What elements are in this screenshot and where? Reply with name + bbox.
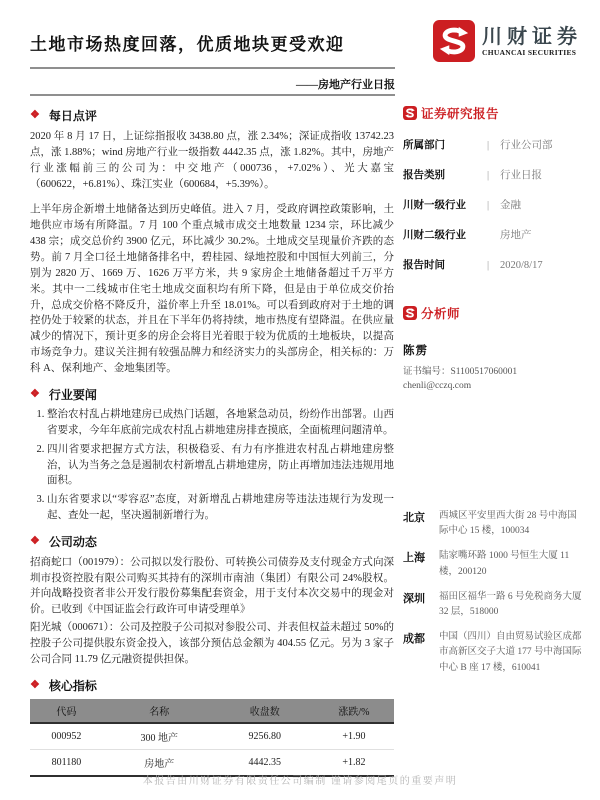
table-header-row: 代码 名称 收盘数 涨跌/% (30, 699, 394, 723)
meta-row-industry-l1: 川财一级行业 | 金融 (403, 197, 585, 212)
office-city-label: 深圳 (403, 590, 439, 620)
header: 土地市场热度回落，优质地块更受欢迎 川财证券 CHUANCAI SECURITI… (30, 20, 582, 62)
industry-news-list: 整治农村乱占耕地建房已成热门话题，各地紧急动员，纷纷作出部署。山西省要求，今年年… (30, 407, 394, 523)
column-header: 收盘数 (216, 699, 314, 723)
cell-code: 000952 (30, 723, 103, 750)
daily-paragraph: 2020 年 8 月 17 日，上证综指报收 3438.80 点，涨 2.34%… (30, 129, 394, 193)
page-title: 土地市场热度回落，优质地块更受欢迎 (30, 20, 345, 55)
cell-name: 300 地产 (103, 723, 216, 750)
column-header: 代码 (30, 699, 103, 723)
section-company-news: ❖ 公司动态 (30, 533, 394, 550)
office-address: 中国（四川）自由贸易试验区成都市高新区交子大道 177 号中海国际中心 B 座 … (439, 630, 585, 676)
diamond-icon: ❖ (30, 110, 40, 121)
column-header: 名称 (103, 699, 216, 723)
meta-label: 所属部门 (403, 137, 487, 152)
column-header: 涨跌/% (314, 699, 394, 723)
meta-label: 报告时间 (403, 257, 487, 272)
section-core-indicators: ❖ 核心指标 (30, 677, 394, 694)
meta-value: 房地产 (500, 227, 532, 242)
office-address: 福田区福华一路 6 号免税商务大厦 32 层，518000 (439, 590, 585, 620)
analyst-cert-number: 证书编号：S1100517060001 (403, 363, 585, 377)
office-beijing: 北京 西城区平安里西大街 28 号中海国际中心 15 楼，100034 (403, 509, 585, 539)
footer-disclaimer: 本报告由川财证券有限责任公司编制 谨请参阅尾页的重要声明 (0, 772, 600, 787)
office-address: 西城区平安里西大街 28 号中海国际中心 15 楼，100034 (439, 509, 585, 539)
meta-value: 2020/8/17 (500, 260, 543, 271)
section-title: 核心指标 (49, 677, 97, 694)
chuancai-mini-logo-icon (403, 106, 417, 120)
cell-change: +1.90 (314, 723, 394, 750)
chuancai-mini-logo-icon (403, 306, 417, 320)
section-title: 行业要闻 (49, 386, 97, 403)
brand-name-cn: 川财证券 (482, 26, 582, 48)
analyst-heading: 分析师 (403, 304, 585, 322)
analyst-section: 分析师 陈雳 证书编号：S1100517060001 chenli@cczq.c… (403, 304, 585, 391)
office-shanghai: 上海 陆家嘴环路 1000 号恒生大厦 11 楼，200120 (403, 549, 585, 579)
company-paragraph: 阳光城（000671）：公司及控股子公司拟对参股公司、并表但权益未超过 50%的… (30, 620, 394, 668)
office-address: 陆家嘴环路 1000 号恒生大厦 11 楼，200120 (439, 549, 585, 579)
list-item: 山东省要求以“零容忍”态度，对新增乱占耕地建房等违法违规行为发现一起、查处一起，… (47, 492, 394, 524)
meta-label: 报告类别 (403, 167, 487, 182)
office-shenzhen: 深圳 福田区福华一路 6 号免税商务大厦 32 层，518000 (403, 590, 585, 620)
daily-paragraph: 上半年房企新增土地储备达到历史峰值。进入 7 月，受政府调控政策影响，土地供应市… (30, 202, 394, 377)
separator: | (487, 200, 500, 211)
report-page: 土地市场热度回落，优质地块更受欢迎 川财证券 CHUANCAI SECURITI… (0, 0, 600, 800)
meta-row-report-type: 报告类别 | 行业日报 (403, 167, 585, 182)
diamond-icon: ❖ (30, 536, 40, 547)
sidebar: 证券研究报告 所属部门 | 行业公司部 报告类别 | 行业日报 川财一级行业 |… (403, 104, 585, 686)
brand-text: 川财证券 CHUANCAI SECURITIES (482, 26, 582, 57)
report-subtitle: ——房地产行业日报 (30, 76, 395, 92)
main-column: ❖ 每日点评 2020 年 8 月 17 日，上证综指报收 3438.80 点，… (30, 98, 394, 777)
diamond-icon: ❖ (30, 680, 40, 691)
report-tag-label: 证券研究报告 (421, 104, 499, 122)
section-title: 公司动态 (49, 533, 97, 550)
office-city-label: 上海 (403, 549, 439, 579)
meta-row-department: 所属部门 | 行业公司部 (403, 137, 585, 152)
analyst-name: 陈雳 (403, 342, 585, 358)
list-item: 四川省要求把握方式方法，积极稳妥、有力有序推进农村乱占耕地建房整治，认为当务之急… (47, 442, 394, 489)
company-paragraph: 招商蛇口（001979）：公司拟以发行股份、可转换公司债券及支付现金方式向深圳市… (30, 555, 394, 619)
separator: | (487, 170, 500, 181)
analyst-email[interactable]: chenli@cczq.com (403, 381, 585, 391)
section-title: 每日点评 (49, 107, 97, 124)
header-divider-top (30, 67, 395, 69)
meta-value: 行业日报 (500, 167, 542, 182)
office-city-label: 北京 (403, 509, 439, 539)
analyst-heading-label: 分析师 (421, 304, 460, 322)
section-industry-news: ❖ 行业要闻 (30, 386, 394, 403)
header-divider-bottom (30, 94, 395, 96)
office-chengdu: 成都 中国（四川）自由贸易试验区成都市高新区交子大道 177 号中海国际中心 B… (403, 630, 585, 676)
report-tag-heading: 证券研究报告 (403, 104, 585, 122)
meta-row-industry-l2: 川财二级行业 房地产 (403, 227, 585, 242)
meta-value: 金融 (500, 197, 521, 212)
meta-label: 川财二级行业 (403, 227, 487, 242)
separator: | (487, 260, 500, 271)
report-meta-fields: 所属部门 | 行业公司部 报告类别 | 行业日报 川财一级行业 | 金融 川财二… (403, 137, 585, 272)
section-daily-comment: ❖ 每日点评 (30, 107, 394, 124)
separator: | (487, 140, 500, 151)
meta-row-report-date: 报告时间 | 2020/8/17 (403, 257, 585, 272)
office-city-label: 成都 (403, 630, 439, 676)
brand-block: 川财证券 CHUANCAI SECURITIES (433, 20, 582, 62)
meta-value: 行业公司部 (500, 137, 553, 152)
table-row: 000952 300 地产 9256.80 +1.90 (30, 723, 394, 750)
office-list: 北京 西城区平安里西大街 28 号中海国际中心 15 楼，100034 上海 陆… (403, 509, 585, 676)
indicators-table: 代码 名称 收盘数 涨跌/% 000952 300 地产 9256.80 +1.… (30, 699, 394, 777)
list-item: 整治农村乱占耕地建房已成热门话题，各地紧急动员，纷纷作出部署。山西省要求，今年年… (47, 407, 394, 439)
chuancai-logo-icon (433, 20, 475, 62)
diamond-icon: ❖ (30, 389, 40, 400)
cell-close: 9256.80 (216, 723, 314, 750)
meta-label: 川财一级行业 (403, 197, 487, 212)
brand-name-en: CHUANCAI SECURITIES (482, 48, 582, 57)
